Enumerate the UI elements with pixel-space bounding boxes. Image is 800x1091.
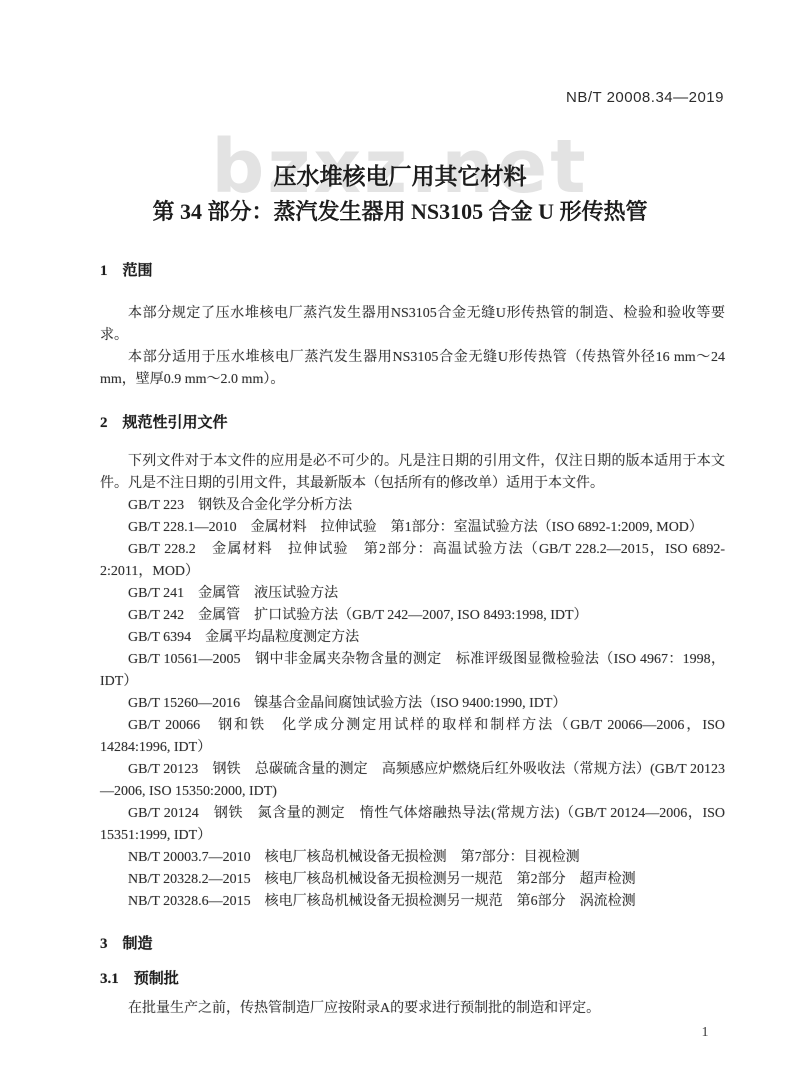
title-line-1: 压水堆核电厂用其它材料 [0,162,800,192]
section-1-heading: 1 范围 [100,260,725,282]
document-page: NB/T 20008.34—2019 bzxz.net 压水堆核电厂用其它材料 … [0,0,800,1091]
reference-line: NB/T 20003.7—2010 核电厂核岛机械设备无损检测 第7部分：目视检… [100,847,725,869]
document-body: 1 范围 本部分规定了压水堆核电厂蒸汽发生器用NS3105合金无缝U形传热管的制… [100,260,725,1020]
reference-line: GB/T 6394 金属平均晶粒度测定方法 [100,627,725,649]
section-2-heading: 2 规范性引用文件 [100,412,725,434]
reference-line: GB/T 228.1—2010 金属材料 拉伸试验 第1部分：室温试验方法（IS… [100,517,725,539]
section-2-intro: 下列文件对于本文件的应用是必不可少的。凡是注日期的引用文件，仅注日期的版本适用于… [100,451,725,495]
reference-line: GB/T 242 金属管 扩口试验方法（GB/T 242—2007, ISO 8… [100,605,725,627]
section-1-paragraph-1: 本部分规定了压水堆核电厂蒸汽发生器用NS3105合金无缝U形传热管的制造、检验和… [100,303,725,347]
section-3-1-heading: 3.1 预制批 [100,968,725,990]
reference-line: GB/T 15260—2016 镍基合金晶间腐蚀试验方法（ISO 9400:19… [100,693,725,715]
reference-line: GB/T 241 金属管 液压试验方法 [100,583,725,605]
section-3-heading: 3 制造 [100,933,725,955]
reference-line: GB/T 223 钢铁及合金化学分析方法 [100,495,725,517]
section-1-paragraph-2: 本部分适用于压水堆核电厂蒸汽发生器用NS3105合金无缝U形传热管（传热管外径1… [100,347,725,391]
reference-line: GB/T 228.2 金属材料 拉伸试验 第2部分：高温试验方法（GB/T 22… [100,539,725,583]
reference-line: NB/T 20328.6—2015 核电厂核岛机械设备无损检测另一规范 第6部分… [100,891,725,913]
normative-references-list: GB/T 223 钢铁及合金化学分析方法GB/T 228.1—2010 金属材料… [100,495,725,913]
standard-number-header: NB/T 20008.34—2019 [566,89,724,106]
reference-line: GB/T 20124 钢铁 氮含量的测定 惰性气体熔融热导法(常规方法)（GB/… [100,803,725,847]
reference-line: NB/T 20328.2—2015 核电厂核岛机械设备无损检测另一规范 第2部分… [100,869,725,891]
reference-line: GB/T 10561—2005 钢中非金属夹杂物含量的测定 标准评级图显微检验法… [100,649,725,693]
reference-line: GB/T 20066 钢和铁 化学成分测定用试样的取样和制样方法（GB/T 20… [100,715,725,759]
title-line-2: 第 34 部分：蒸汽发生器用 NS3105 合金 U 形传热管 [0,197,800,227]
document-title: 压水堆核电厂用其它材料 第 34 部分：蒸汽发生器用 NS3105 合金 U 形… [0,162,800,227]
reference-line: GB/T 20123 钢铁 总碳硫含量的测定 高频感应炉燃烧后红外吸收法（常规方… [100,759,725,803]
section-3-1-paragraph: 在批量生产之前，传热管制造厂应按附录A的要求进行预制批的制造和评定。 [100,998,725,1020]
page-number: 1 [694,1025,716,1041]
